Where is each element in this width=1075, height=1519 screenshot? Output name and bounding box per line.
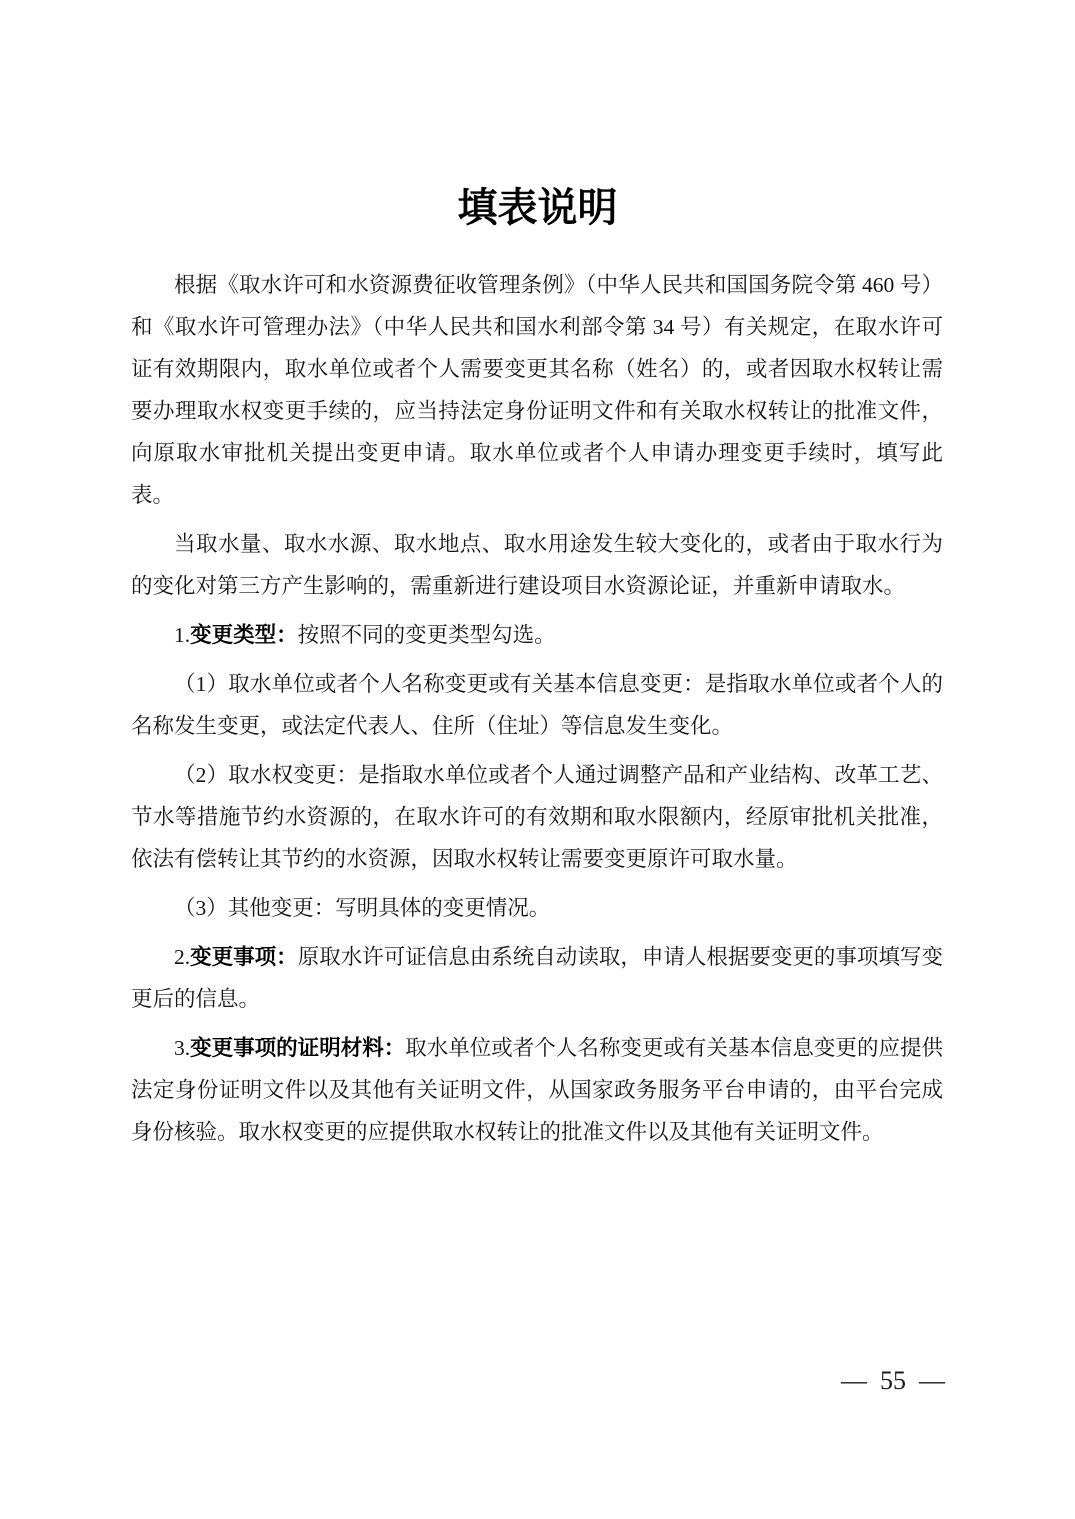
paragraph: （3）其他变更：写明具体的变更情况。 [131, 887, 943, 929]
paragraph: 根据《取水许可和水资源费征收管理条例》（中华人民共和国国务院令第 460 号）和… [131, 264, 943, 516]
text-run: 当取水量、取水水源、取水地点、取水用途发生较大变化的，或者由于取水行为的变化对第… [131, 532, 943, 598]
paragraph: 3.变更事项的证明材料：取水单位或者个人名称变更或有关基本信息变更的应提供法定身… [131, 1027, 943, 1153]
page-number: 55 [880, 1366, 906, 1396]
text-run: 1. [174, 623, 190, 647]
paragraph: 2.变更事项：原取水许可证信息由系统自动读取，申请人根据要变更的事项填写变更后的… [131, 936, 943, 1020]
paragraph: 当取水量、取水水源、取水地点、取水用途发生较大变化的，或者由于取水行为的变化对第… [131, 523, 943, 607]
text-run: 变更事项的证明材料： [190, 1036, 405, 1060]
text-run: （1）取水单位或者个人名称变更或有关基本信息变更：是指取水单位或者个人的名称发生… [131, 672, 943, 738]
document-page: 填表说明 根据《取水许可和水资源费征收管理条例》（中华人民共和国国务院令第 46… [0, 0, 1075, 1519]
text-run: （3）其他变更：写明具体的变更情况。 [174, 896, 550, 920]
page-title: 填表说明 [0, 0, 1075, 232]
page-number-dash-right: — [919, 1366, 945, 1396]
text-run: 2. [174, 945, 190, 969]
text-run: 3. [174, 1036, 190, 1060]
page-footer: — 55 — [841, 1366, 945, 1396]
text-run: 变更事项： [190, 945, 298, 969]
text-run: 根据《取水许可和水资源费征收管理条例》（中华人民共和国国务院令第 460 号）和… [131, 273, 943, 507]
page-number-dash-left: — [841, 1366, 867, 1396]
document-body: 根据《取水许可和水资源费征收管理条例》（中华人民共和国国务院令第 460 号）和… [131, 264, 943, 1153]
text-run: 按照不同的变更类型勾选。 [298, 623, 556, 647]
text-run: 变更类型： [190, 623, 298, 647]
paragraph: （2）取水权变更：是指取水单位或者个人通过调整产品和产业结构、改革工艺、节水等措… [131, 754, 943, 880]
paragraph: 1.变更类型：按照不同的变更类型勾选。 [131, 614, 943, 656]
text-run: （2）取水权变更：是指取水单位或者个人通过调整产品和产业结构、改革工艺、节水等措… [131, 763, 943, 871]
paragraph: （1）取水单位或者个人名称变更或有关基本信息变更：是指取水单位或者个人的名称发生… [131, 663, 943, 747]
